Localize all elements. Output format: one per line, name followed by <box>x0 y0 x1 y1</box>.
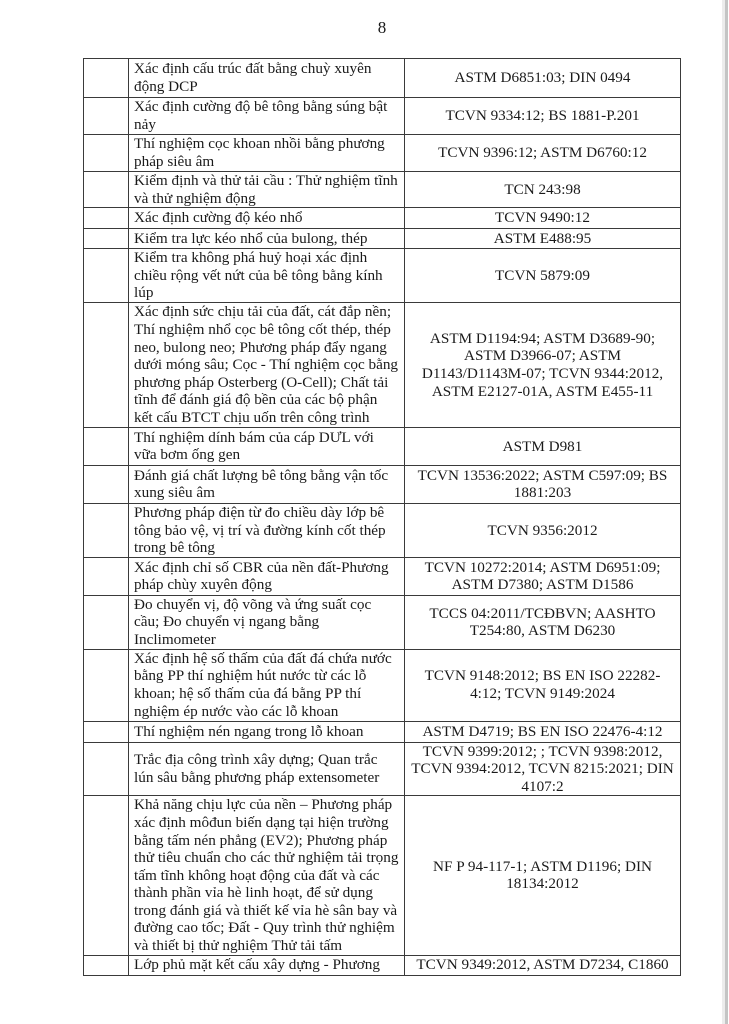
standard-cell: ASTM E488:95 <box>405 229 681 249</box>
standard-cell: TCVN 9356:2012 <box>405 503 681 557</box>
table-row: Thí nghiệm cọc khoan nhồi bằng phương ph… <box>84 135 681 172</box>
table-row: Thí nghiệm dính bám của cáp DƯL với vữa … <box>84 427 681 465</box>
row-index-cell <box>84 302 129 427</box>
row-index-cell <box>84 742 129 796</box>
table-row: Kiểm tra không phá huỷ hoại xác định chi… <box>84 249 681 303</box>
standard-cell: NF P 94-117-1; ASTM D1196; DIN 18134:201… <box>405 796 681 955</box>
test-method-cell: Xác định chỉ số CBR của nền đất-Phương p… <box>129 557 405 595</box>
test-method-cell: Kiểm tra lực kéo nhổ của bulong, thép <box>129 229 405 249</box>
row-index-cell <box>84 465 129 503</box>
row-index-cell <box>84 59 129 98</box>
row-index-cell <box>84 721 129 742</box>
table-row: Đánh giá chất lượng bê tông bằng vận tốc… <box>84 465 681 503</box>
scan-edge-border <box>725 0 728 1024</box>
standard-cell: TCVN 10272:2014; ASTM D6951:09; ASTM D73… <box>405 557 681 595</box>
test-method-cell: Kiểm tra không phá huỷ hoại xác định chi… <box>129 249 405 303</box>
row-index-cell <box>84 208 129 229</box>
row-index-cell <box>84 135 129 172</box>
standards-table: Xác định cấu trúc đất bằng chuỳ xuyên độ… <box>83 58 681 976</box>
test-method-cell: Đánh giá chất lượng bê tông bằng vận tốc… <box>129 465 405 503</box>
table-row: Xác định sức chịu tải của đất, cát đắp n… <box>84 302 681 427</box>
table-row: Trắc địa công trình xây dựng; Quan trắc … <box>84 742 681 796</box>
test-method-cell: Thí nghiệm nén ngang trong lỗ khoan <box>129 721 405 742</box>
standard-cell: TCVN 13536:2022; ASTM C597:09; BS 1881:2… <box>405 465 681 503</box>
standard-cell: ASTM D6851:03; DIN 0494 <box>405 59 681 98</box>
standards-table-body: Xác định cấu trúc đất bằng chuỳ xuyên độ… <box>84 59 681 976</box>
standard-cell: ASTM D1194:94; ASTM D3689-90; ASTM D3966… <box>405 302 681 427</box>
table-row: Xác định cường độ kéo nhổTCVN 9490:12 <box>84 208 681 229</box>
table-row: Xác định chỉ số CBR của nền đất-Phương p… <box>84 557 681 595</box>
row-index-cell <box>84 229 129 249</box>
table-row: Kiểm tra lực kéo nhổ của bulong, thépAST… <box>84 229 681 249</box>
table-row: Xác định cấu trúc đất bằng chuỳ xuyên độ… <box>84 59 681 98</box>
row-index-cell <box>84 427 129 465</box>
standard-cell: TCN 243:98 <box>405 172 681 208</box>
standard-cell: ASTM D4719; BS EN ISO 22476-4:12 <box>405 721 681 742</box>
table-row: Lớp phủ mặt kết cấu xây dựng - PhươngTCV… <box>84 955 681 975</box>
test-method-cell: Phương pháp điện từ đo chiều dày lớp bê … <box>129 503 405 557</box>
table-row: Kiểm định và thử tải cầu : Thử nghiệm tĩ… <box>84 172 681 208</box>
test-method-cell: Thí nghiệm dính bám của cáp DƯL với vữa … <box>129 427 405 465</box>
table-row: Xác định cường độ bê tông bằng súng bật … <box>84 98 681 135</box>
table-row: Đo chuyển vị, độ võng và ứng suất cọc cầ… <box>84 595 681 649</box>
table-row: Thí nghiệm nén ngang trong lỗ khoanASTM … <box>84 721 681 742</box>
row-index-cell <box>84 557 129 595</box>
test-method-cell: Xác định cấu trúc đất bằng chuỳ xuyên độ… <box>129 59 405 98</box>
row-index-cell <box>84 503 129 557</box>
standard-cell: TCVN 9396:12; ASTM D6760:12 <box>405 135 681 172</box>
row-index-cell <box>84 249 129 303</box>
standard-cell: TCVN 9148:2012; BS EN ISO 22282-4:12; TC… <box>405 649 681 721</box>
standard-cell: TCCS 04:2011/TCĐBVN; AASHTO T254:80, AST… <box>405 595 681 649</box>
standard-cell: TCVN 9399:2012; ; TCVN 9398:2012, TCVN 9… <box>405 742 681 796</box>
test-method-cell: Lớp phủ mặt kết cấu xây dựng - Phương <box>129 955 405 975</box>
standard-cell: TCVN 9490:12 <box>405 208 681 229</box>
test-method-cell: Thí nghiệm cọc khoan nhồi bằng phương ph… <box>129 135 405 172</box>
standard-cell: TCVN 9334:12; BS 1881-P.201 <box>405 98 681 135</box>
standard-cell: ASTM D981 <box>405 427 681 465</box>
test-method-cell: Xác định sức chịu tải của đất, cát đắp n… <box>129 302 405 427</box>
test-method-cell: Xác định cường độ bê tông bằng súng bật … <box>129 98 405 135</box>
test-method-cell: Kiểm định và thử tải cầu : Thử nghiệm tĩ… <box>129 172 405 208</box>
test-method-cell: Trắc địa công trình xây dựng; Quan trắc … <box>129 742 405 796</box>
row-index-cell <box>84 796 129 955</box>
row-index-cell <box>84 955 129 975</box>
test-method-cell: Xác định cường độ kéo nhổ <box>129 208 405 229</box>
row-index-cell <box>84 649 129 721</box>
test-method-cell: Xác định hệ số thấm của đất đá chứa nước… <box>129 649 405 721</box>
row-index-cell <box>84 172 129 208</box>
table-row: Xác định hệ số thấm của đất đá chứa nước… <box>84 649 681 721</box>
standard-cell: TCVN 5879:09 <box>405 249 681 303</box>
row-index-cell <box>84 595 129 649</box>
table-row: Phương pháp điện từ đo chiều dày lớp bê … <box>84 503 681 557</box>
standard-cell: TCVN 9349:2012, ASTM D7234, C1860 <box>405 955 681 975</box>
test-method-cell: Đo chuyển vị, độ võng và ứng suất cọc cầ… <box>129 595 405 649</box>
test-method-cell: Khả năng chịu lực của nền – Phương pháp … <box>129 796 405 955</box>
page-number: 8 <box>0 18 729 38</box>
row-index-cell <box>84 98 129 135</box>
table-row: Khả năng chịu lực của nền – Phương pháp … <box>84 796 681 955</box>
